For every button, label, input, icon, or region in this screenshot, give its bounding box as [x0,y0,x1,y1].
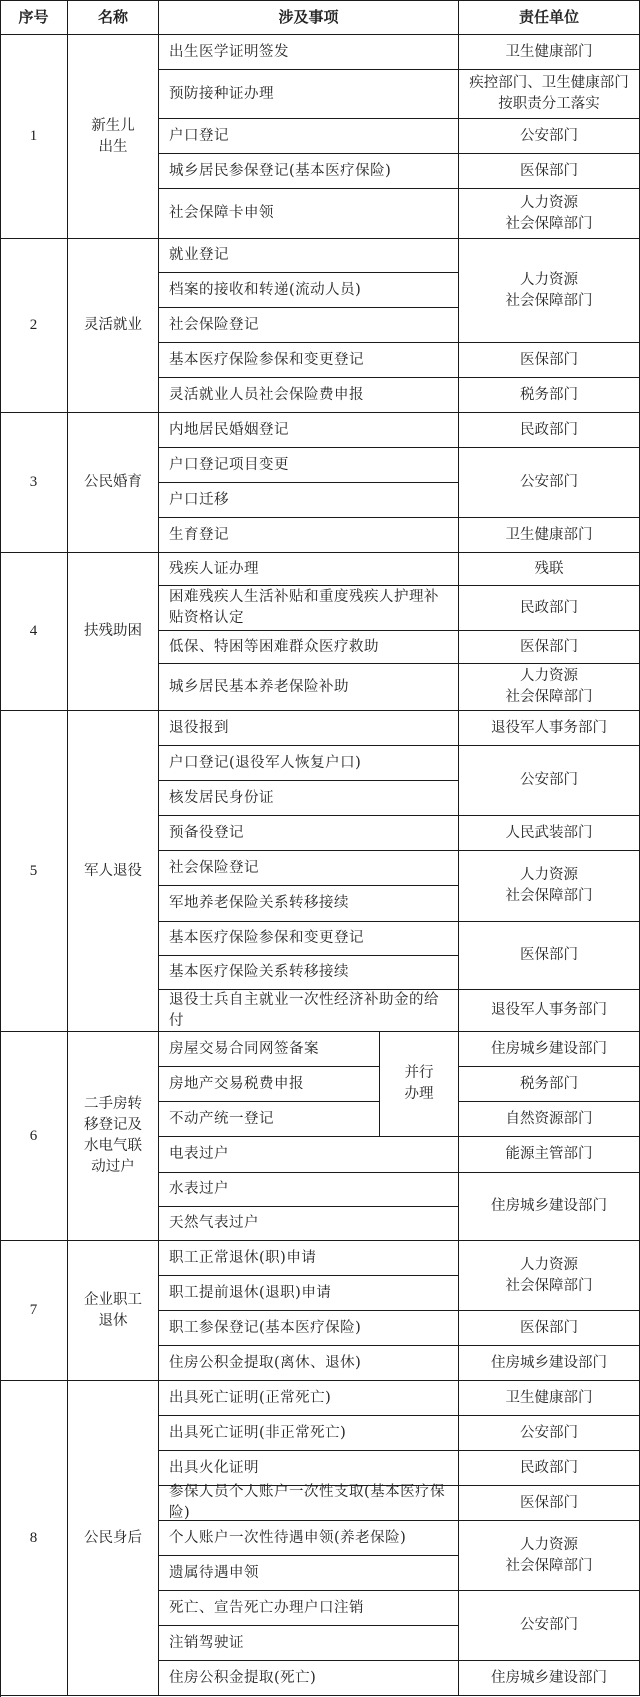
item-cell-text: 死亡、宣告死亡办理户口注销 [169,1598,364,1619]
unit-cell: 人力资源 社会保障部门 [459,1521,640,1591]
unit-cell: 医保部门 [459,154,640,189]
group-name: 二手房转 移登记及 水电气联 动过户 [68,1032,159,1241]
unit-cell: 人力资源 社会保障部门 [459,851,640,922]
unit-cell-text: 公安部门 [520,1615,578,1636]
unit-cell: 民政部门 [459,413,640,448]
item-cell: 户口迁移 [159,483,459,518]
item-cell: 出生医学证明签发 [159,35,459,70]
group-index: 7 [0,1241,68,1381]
item-cell-text: 城乡居民参保登记(基本医疗保险) [169,161,391,182]
item-cell: 职工参保登记(基本医疗保险) [159,1311,459,1346]
item-cell: 住房公积金提取(离休、退休) [159,1346,459,1381]
unit-cell-text: 人力资源 社会保障部门 [506,1255,593,1297]
item-cell: 社会保险登记 [159,308,459,343]
item-cell-text: 房地产交易税费申报 [169,1074,304,1095]
unit-cell-text: 退役军人事务部门 [491,1000,607,1021]
item-cell-text: 基本医疗保险参保和变更登记 [169,928,364,949]
item-cell-text: 职工正常退休(职)申请 [169,1248,316,1269]
item-cell-text: 个人账户一次性待遇申领(养老保险) [169,1528,406,1549]
group-index: 5 [0,711,68,1032]
item-cell-text: 住房公积金提取(离休、退休) [169,1353,361,1374]
group-name-text: 军人退役 [84,861,142,882]
group-name-text: 扶残助困 [84,621,142,642]
unit-cell: 住房城乡建设部门 [459,1346,640,1381]
item-cell-text: 灵活就业人员社会保险费申报 [169,385,364,406]
item-cell: 电表过户 [159,1137,459,1173]
unit-cell-text: 医保部门 [520,1318,578,1339]
item-cell: 生育登记 [159,518,459,553]
item-cell: 基本医疗保险参保和变更登记 [159,343,459,378]
group-index-text: 6 [30,1126,38,1147]
unit-cell: 公安部门 [459,119,640,154]
item-cell-text: 住房公积金提取(死亡) [169,1668,316,1689]
unit-cell-text: 人力资源 社会保障部门 [506,666,593,708]
unit-cell: 医保部门 [459,1311,640,1346]
header-unit: 责任单位 [459,0,640,35]
group-name-text: 灵活就业 [84,315,142,336]
group-index: 2 [0,239,68,413]
item-cell-text: 预防接种证办理 [169,84,274,105]
unit-cell-text: 卫生健康部门 [506,42,593,63]
item-cell-text: 内地居民婚姻登记 [169,420,289,441]
group-name: 企业职工 退休 [68,1241,159,1381]
unit-cell-text: 公安部门 [520,472,578,493]
unit-cell-text: 人民武装部门 [506,823,593,844]
item-cell-text: 不动产统一登记 [169,1109,274,1130]
unit-cell: 疾控部门、卫生健康部门 按职责分工落实 [459,70,640,119]
item-cell: 社会保险登记 [159,851,459,886]
item-cell: 不动产统一登记 [159,1102,380,1137]
group-name: 公民婚育 [68,413,159,553]
item-cell: 退役报到 [159,711,459,746]
unit-cell-text: 残联 [535,559,564,580]
item-cell-text: 职工参保登记(基本医疗保险) [169,1318,361,1339]
unit-cell-text: 卫生健康部门 [506,1388,593,1409]
group-name: 新生儿 出生 [68,35,159,239]
item-cell-text: 出生医学证明签发 [169,42,289,63]
item-cell: 参保人员个人账户一次性支取(基本医疗保险) [159,1486,459,1521]
unit-cell-text: 医保部门 [520,945,578,966]
item-cell: 出具火化证明 [159,1451,459,1486]
group-index-text: 2 [30,315,38,336]
unit-cell-text: 医保部门 [520,637,578,658]
header-items-text: 涉及事项 [278,7,338,28]
unit-cell-text: 住房城乡建设部门 [491,1039,607,1060]
item-cell: 户口登记(退役军人恢复户口) [159,746,459,781]
unit-cell: 医保部门 [459,343,640,378]
group-name: 军人退役 [68,711,159,1032]
item-cell: 户口登记 [159,119,459,154]
item-cell: 职工正常退休(职)申请 [159,1241,459,1276]
item-cell-text: 军地养老保险关系转移接续 [169,893,349,914]
item-cell-text: 就业登记 [169,245,229,266]
unit-cell: 税务部门 [459,1067,640,1102]
item-cell-text: 社会保险登记 [169,315,259,336]
item-cell-text: 困难残疾人生活补贴和重度残疾人护理补贴资格认定 [169,587,452,629]
unit-cell-text: 住房城乡建设部门 [491,1668,607,1689]
item-cell: 核发居民身份证 [159,781,459,816]
header-unit-text: 责任单位 [519,7,579,28]
unit-cell-text: 人力资源 社会保障部门 [506,1535,593,1577]
item-cell-text: 电表过户 [169,1144,229,1165]
unit-cell-text: 自然资源部门 [506,1109,593,1130]
header-items: 涉及事项 [159,0,459,35]
unit-cell-text: 住房城乡建设部门 [491,1353,607,1374]
item-cell-text: 户口登记项目变更 [169,455,289,476]
group-index: 3 [0,413,68,553]
item-cell: 基本医疗保险关系转移接续 [159,956,459,990]
unit-cell-text: 退役军人事务部门 [491,718,607,739]
item-cell: 遗属待遇申领 [159,1556,459,1591]
unit-cell-text: 卫生健康部门 [506,525,593,546]
unit-cell-text: 民政部门 [520,1458,578,1479]
unit-cell: 人力资源 社会保障部门 [459,239,640,343]
unit-cell-text: 医保部门 [520,350,578,371]
item-cell: 住房公积金提取(死亡) [159,1661,459,1696]
unit-cell: 人力资源 社会保障部门 [459,189,640,239]
item-cell-text: 退役报到 [169,718,229,739]
unit-cell: 卫生健康部门 [459,1381,640,1416]
group-index-text: 3 [30,472,38,493]
item-cell: 社会保障卡申领 [159,189,459,239]
group-name-text: 新生儿 出生 [91,116,135,158]
item-cell: 出具死亡证明(非正常死亡) [159,1416,459,1451]
item-cell-text: 社会保障卡申领 [169,203,274,224]
group-name: 灵活就业 [68,239,159,413]
group-name-text: 公民婚育 [84,472,142,493]
item-cell: 退役士兵自主就业一次性经济补助金的给付 [159,990,459,1032]
item-cell: 职工提前退休(退职)申请 [159,1276,459,1311]
unit-cell-text: 医保部门 [520,1493,578,1514]
unit-cell: 住房城乡建设部门 [459,1661,640,1696]
item-cell-text: 基本医疗保险关系转移接续 [169,962,349,983]
unit-cell: 公安部门 [459,746,640,816]
header-index-text: 序号 [18,7,48,28]
unit-cell-text: 公安部门 [520,1423,578,1444]
unit-cell: 自然资源部门 [459,1102,640,1137]
item-cell-text: 户口登记 [169,126,229,147]
group-index-text: 1 [30,126,38,147]
group-name-text: 二手房转 移登记及 水电气联 动过户 [84,1094,142,1178]
item-cell-text: 档案的接收和转递(流动人员) [169,280,361,301]
group-index-text: 5 [30,861,38,882]
item-cell-text: 退役士兵自主就业一次性经济补助金的给付 [169,990,452,1032]
group-index-text: 4 [30,621,38,642]
item-cell: 档案的接收和转递(流动人员) [159,273,459,308]
item-cell-text: 核发居民身份证 [169,788,274,809]
item-cell-text: 天然气表过户 [169,1213,259,1234]
item-cell: 城乡居民基本养老保险补助 [159,664,459,711]
unit-cell: 医保部门 [459,1486,640,1521]
item-cell: 预备役登记 [159,816,459,851]
unit-cell: 公安部门 [459,448,640,518]
item-cell: 残疾人证办理 [159,553,459,586]
item-cell-text: 生育登记 [169,525,229,546]
unit-cell-text: 税务部门 [520,385,578,406]
item-cell: 困难残疾人生活补贴和重度残疾人护理补贴资格认定 [159,586,459,631]
unit-cell: 民政部门 [459,586,640,631]
item-cell-text: 社会保险登记 [169,858,259,879]
item-cell: 基本医疗保险参保和变更登记 [159,922,459,956]
item-cell-text: 房屋交易合同网签备案 [169,1039,319,1060]
group-index: 1 [0,35,68,239]
unit-cell: 医保部门 [459,922,640,990]
item-cell-text: 职工提前退休(退职)申请 [169,1283,331,1304]
item-cell-text: 基本医疗保险参保和变更登记 [169,350,364,371]
item-cell: 内地居民婚姻登记 [159,413,459,448]
group-index: 6 [0,1032,68,1241]
item-cell: 出具死亡证明(正常死亡) [159,1381,459,1416]
item-cell: 低保、特困等困难群众医疗救助 [159,631,459,664]
item-cell-text: 户口迁移 [169,490,229,511]
unit-cell-text: 人力资源 社会保障部门 [506,270,593,312]
item-cell-text: 出具死亡证明(非正常死亡) [169,1423,346,1444]
item-cell-text: 户口登记(退役军人恢复户口) [169,753,361,774]
group-name-text: 公民身后 [84,1528,142,1549]
header-index: 序号 [0,0,68,35]
item-cell-text: 出具死亡证明(正常死亡) [169,1388,331,1409]
unit-cell-text: 医保部门 [520,161,578,182]
item-cell: 房屋交易合同网签备案 [159,1032,380,1067]
unit-cell: 住房城乡建设部门 [459,1032,640,1067]
unit-cell: 残联 [459,553,640,586]
item-cell-text: 注销驾驶证 [169,1633,244,1654]
group-index-text: 7 [30,1300,38,1321]
item-cell: 注销驾驶证 [159,1626,459,1661]
header-name-text: 名称 [98,7,128,28]
unit-cell: 人力资源 社会保障部门 [459,664,640,711]
item-cell: 城乡居民参保登记(基本医疗保险) [159,154,459,189]
item-cell: 个人账户一次性待遇申领(养老保险) [159,1521,459,1556]
unit-cell: 税务部门 [459,378,640,413]
group-index: 8 [0,1381,68,1696]
item-cell-text: 低保、特困等困难群众医疗救助 [169,637,379,658]
item-cell-text: 预备役登记 [169,823,244,844]
item-cell-text: 参保人员个人账户一次性支取(基本医疗保险) [169,1482,452,1524]
unit-cell: 退役军人事务部门 [459,990,640,1032]
unit-cell: 人民武装部门 [459,816,640,851]
unit-cell: 退役军人事务部门 [459,711,640,746]
item-cell: 房地产交易税费申报 [159,1067,380,1102]
item-cell: 天然气表过户 [159,1207,459,1241]
unit-cell-text: 疾控部门、卫生健康部门 按职责分工落实 [469,73,629,115]
item-cell: 死亡、宣告死亡办理户口注销 [159,1591,459,1626]
unit-cell-text: 民政部门 [520,598,578,619]
item-cell: 户口登记项目变更 [159,448,459,483]
unit-cell: 卫生健康部门 [459,518,640,553]
item-cell-text: 城乡居民基本养老保险补助 [169,677,349,698]
item-cell: 预防接种证办理 [159,70,459,119]
item-cell-text: 水表过户 [169,1179,229,1200]
unit-cell-text: 能源主管部门 [506,1144,593,1165]
unit-cell: 住房城乡建设部门 [459,1173,640,1241]
unit-cell: 人力资源 社会保障部门 [459,1241,640,1311]
unit-cell-text: 公安部门 [520,126,578,147]
item-cell: 军地养老保险关系转移接续 [159,886,459,922]
unit-cell-text: 住房城乡建设部门 [491,1196,607,1217]
unit-cell: 民政部门 [459,1451,640,1486]
item-cell: 水表过户 [159,1173,459,1207]
unit-cell: 公安部门 [459,1591,640,1661]
unit-cell: 公安部门 [459,1416,640,1451]
group-name-text: 企业职工 退休 [84,1290,142,1332]
unit-cell-text: 人力资源 社会保障部门 [506,865,593,907]
unit-cell: 卫生健康部门 [459,35,640,70]
parallel-note-text: 并行 办理 [405,1063,434,1105]
group-index: 4 [0,553,68,711]
unit-cell: 医保部门 [459,631,640,664]
item-cell: 就业登记 [159,239,459,273]
unit-cell-text: 民政部门 [520,420,578,441]
group-name: 公民身后 [68,1381,159,1696]
item-cell-text: 遗属待遇申领 [169,1563,259,1584]
unit-cell-text: 税务部门 [520,1074,578,1095]
unit-cell-text: 公安部门 [520,770,578,791]
unit-cell: 能源主管部门 [459,1137,640,1173]
parallel-note: 并行 办理 [380,1032,459,1137]
services-table: 序号名称涉及事项责任单位1新生儿 出生出生医学证明签发预防接种证办理户口登记城乡… [0,0,640,1697]
group-index-text: 8 [30,1528,38,1549]
item-cell-text: 残疾人证办理 [169,559,259,580]
header-name: 名称 [68,0,159,35]
unit-cell-text: 人力资源 社会保障部门 [506,193,593,235]
group-name: 扶残助困 [68,553,159,711]
item-cell: 灵活就业人员社会保险费申报 [159,378,459,413]
item-cell-text: 出具火化证明 [169,1458,259,1479]
